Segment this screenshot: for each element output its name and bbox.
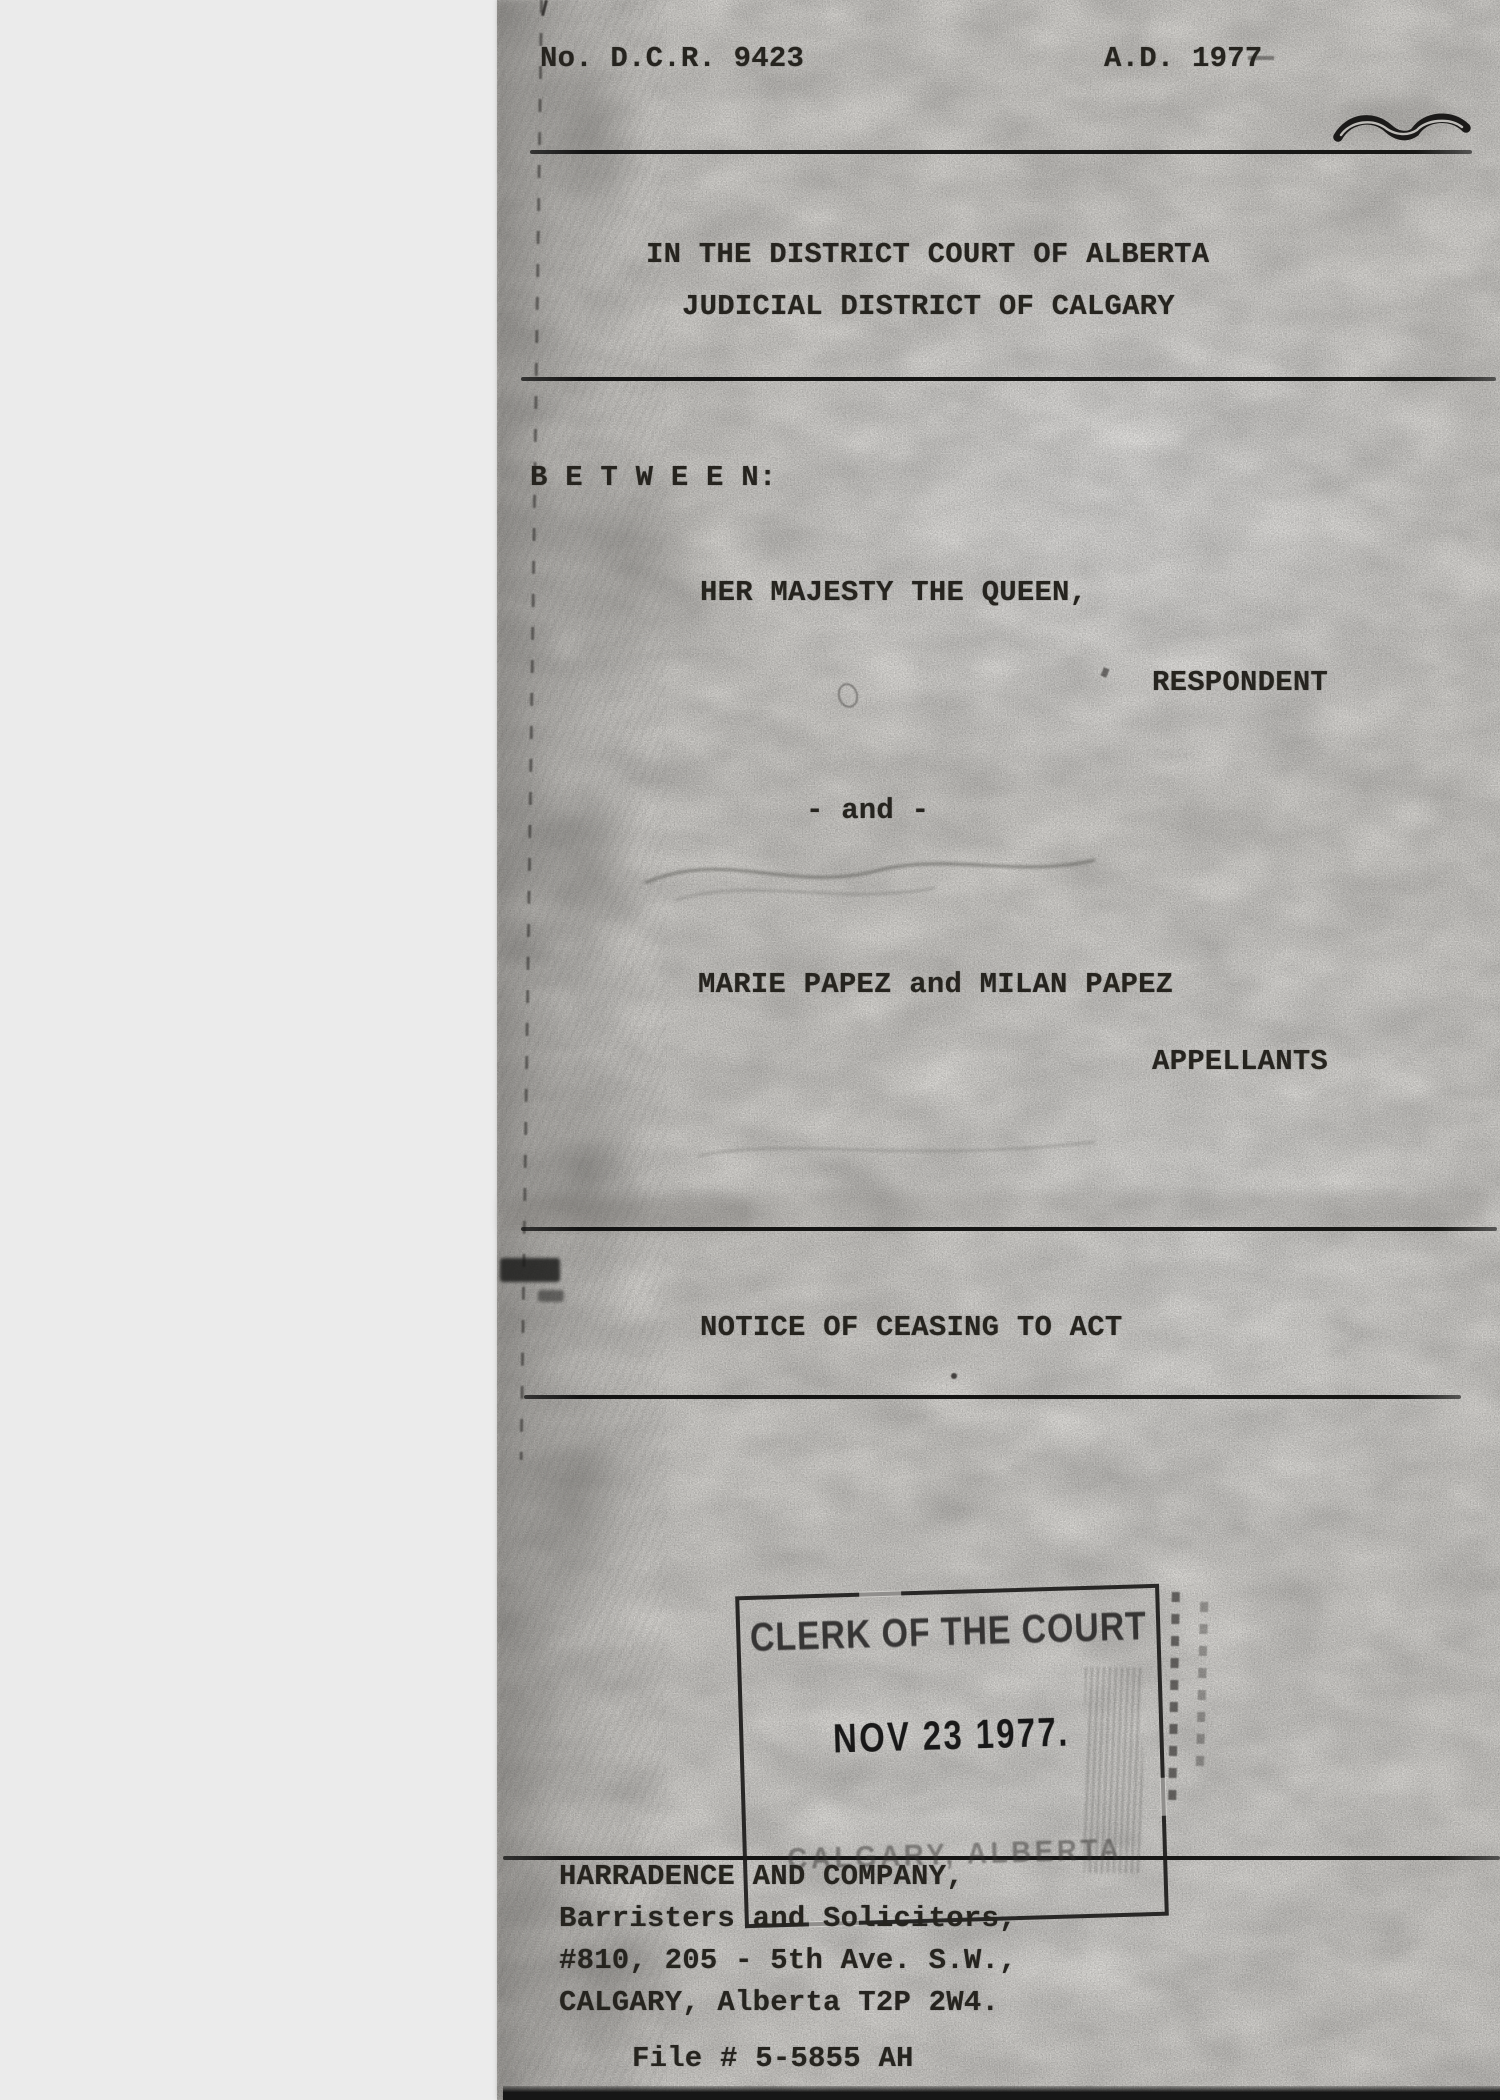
- file-number: File # 5-5855 AH: [632, 2044, 914, 2074]
- scan-bottom-edge: [503, 2086, 1500, 2100]
- law-firm-descriptor: Barristers and Solicitors,: [559, 1904, 1017, 1934]
- and-separator: - and -: [806, 796, 929, 826]
- smudge: [497, 1330, 652, 1660]
- stamp-date: NOV 23 1977.: [832, 1709, 1070, 1763]
- stamp-header: CLERK OF THE COURT: [749, 1604, 1147, 1661]
- staple-icon: [1332, 106, 1474, 150]
- ink-blob: [538, 1290, 564, 1302]
- stamp-border-gap: [859, 1590, 901, 1597]
- year-label: A.D. 1977: [1104, 44, 1262, 74]
- smudge: [500, 395, 765, 735]
- appellants-names: MARIE PAPEZ and MILAN PAPEZ: [698, 970, 1173, 1000]
- between-label: B E T W E E N:: [530, 463, 776, 493]
- horizontal-rule: [524, 1395, 1461, 1399]
- respondent-name: HER MAJESTY THE QUEEN,: [700, 578, 1087, 608]
- stamp-border-gap: [1160, 1778, 1167, 1816]
- ink-blob: [500, 1258, 560, 1282]
- law-firm-address: #810, 205 - 5th Ave. S.W.,: [559, 1946, 1017, 1976]
- document-title: NOTICE OF CEASING TO ACT: [700, 1313, 1122, 1343]
- law-firm-name: HARRADENCE AND COMPANY,: [559, 1862, 964, 1892]
- stray-dot: [951, 1373, 957, 1379]
- horizontal-rule: [521, 377, 1496, 381]
- appellants-role-label: APPELLANTS: [1152, 1047, 1328, 1077]
- respondent-role-label: RESPONDENT: [1152, 668, 1328, 698]
- court-title-line2: JUDICIAL DISTRICT OF CALGARY: [682, 292, 1175, 322]
- stamp-ink-smear: [1084, 1667, 1143, 1873]
- law-firm-city: CALGARY, Alberta T2P 2W4.: [559, 1988, 999, 2018]
- court-title-line1: IN THE DISTRICT COURT OF ALBERTA: [646, 240, 1209, 270]
- case-number: No. D.C.R. 9423: [540, 44, 804, 74]
- fold-shadow-band: [500, 1200, 750, 1230]
- smudge: [503, 740, 678, 1005]
- horizontal-rule: [521, 1227, 1497, 1231]
- horizontal-rule: [530, 150, 1472, 154]
